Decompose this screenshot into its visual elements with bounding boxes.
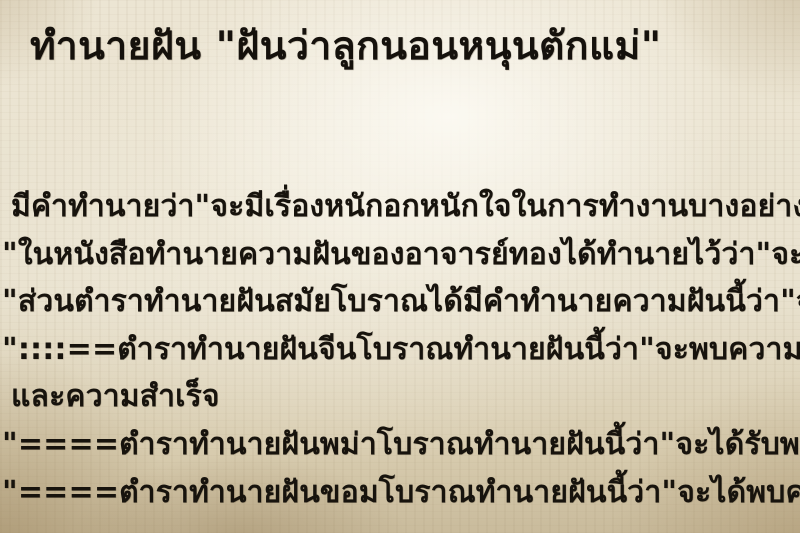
prediction-line-general: มีคำทำนายว่า"จะมีเรื่องหนักอกหนักใจในการ…: [0, 183, 800, 231]
prediction-line-ajarn-thong: "ในหนังสือทำนายความฝันของอาจารย์ทองได้ทำ…: [0, 231, 800, 279]
prediction-line-chinese-cont: และความสำเร็จ: [0, 373, 800, 421]
page-title: ทำนายฝัน "ฝันว่าลูกนอนหนุนตักแม่": [30, 16, 800, 78]
prediction-text-block: มีคำทำนายว่า"จะมีเรื่องหนักอกหนักใจในการ…: [0, 183, 800, 516]
prediction-line-chinese: "::::==ตำราทำนายฝันจีนโบราณทำนายฝันนี้ว่…: [0, 326, 800, 374]
prediction-line-khmer: "====ตำราทำนายฝันขอมโบราณทำนายฝันนี้ว่า"…: [0, 469, 800, 517]
prediction-line-burmese: "====ตำราทำนายฝันพม่าโบราณทำนายฝันนี้ว่า…: [0, 421, 800, 469]
prediction-line-ancient: "ส่วนตำราทำนายฝันสมัยโบราณได้มีคำทำนายคว…: [0, 278, 800, 326]
aged-paper-page: ทำนายฝัน "ฝันว่าลูกนอนหนุนตักแม่" มีคำทำ…: [0, 0, 800, 533]
